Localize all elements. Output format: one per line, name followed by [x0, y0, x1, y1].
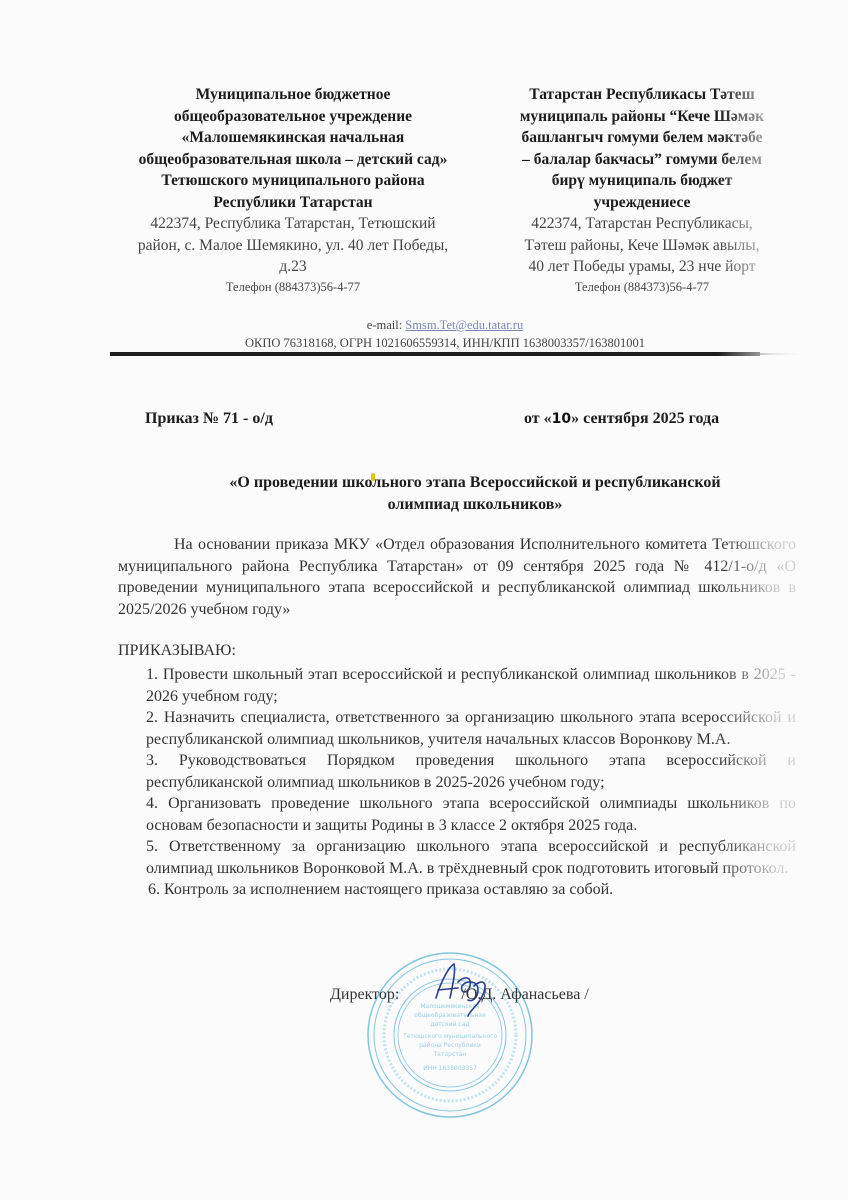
order-date: от «10» сентября 2025 года — [524, 410, 719, 428]
header-divider-tail — [760, 353, 800, 355]
address-line: 40 лет Победы урамы, 23 нче йорт — [482, 256, 802, 278]
highlight-mark — [371, 473, 375, 481]
order-item: 3. Руководствоваться Порядком проведения… — [146, 750, 796, 793]
org-name-line: «Малошемякинская начальная — [108, 127, 478, 149]
svg-text:Татарстан: Татарстан — [433, 1051, 467, 1058]
org-name-line: Республики Татарстан — [108, 192, 478, 214]
header-divider — [110, 352, 760, 356]
org-name-line: Тетюшского муниципального района — [108, 170, 478, 192]
org-name-line: общеобразовательное учреждение — [108, 106, 478, 128]
org-name-line: башлангыч гомуми белем мәктәбе — [482, 127, 802, 149]
address-line: 422374, Татарстан Республикасы, — [482, 213, 802, 235]
org-name-line: бирү муниципаль бюджет — [482, 170, 802, 192]
title-line: «О проведении школьного этапа Всероссийс… — [150, 472, 800, 494]
order-item: 2. Назначить специалиста, ответственного… — [146, 707, 796, 750]
order-item: 5. Ответственному за организацию школьно… — [146, 836, 796, 879]
address-line: д.23 — [108, 256, 478, 278]
signer-name: /О.Д. Афанасьева / — [461, 986, 588, 1003]
address-line: район, с. Малое Шемякино, ул. 40 лет Поб… — [108, 235, 478, 257]
date-day-handwritten: 10 — [552, 411, 571, 427]
phone: Телефон (884373)56-4-77 — [482, 278, 802, 296]
order-item: 1. Провести школьный этап всероссийской … — [146, 664, 796, 707]
title-line: олимпиад школьников» — [150, 494, 800, 516]
svg-text:Тетюшского муниципального: Тетюшского муниципального — [402, 1033, 497, 1040]
signer-role: Директор: — [330, 986, 399, 1003]
order-number: Приказ № 71 - о/д — [145, 410, 273, 428]
phone: Телефон (884373)56-4-77 — [108, 278, 478, 296]
org-name-line: Муниципальное бюджетное — [108, 84, 478, 106]
svg-text:детский сад: детский сад — [430, 1021, 469, 1028]
document-page: Муниципальное бюджетное общеобразователь… — [0, 0, 848, 1200]
decree-word: ПРИКАЗЫВАЮ: — [118, 642, 236, 660]
basis-text: На основании приказа МКУ «Отдел образова… — [118, 536, 796, 618]
address-line: Тәтеш районы, Кече Шәмәк авылы, — [482, 235, 802, 257]
header-right-tatar: Татарстан Республикасы Тәтеш муниципаль … — [482, 84, 802, 296]
order-item: 6. Контроль за исполнением настоящего пр… — [148, 879, 796, 901]
org-name-line: учреждениесе — [482, 192, 802, 214]
org-name-line: муниципаль районы “Кече Шәмәк — [482, 106, 802, 128]
order-items: 1. Провести школьный этап всероссийской … — [146, 664, 796, 901]
svg-text:ИНН 1638003357: ИНН 1638003357 — [423, 1065, 477, 1072]
address-line: 422374, Республика Татарстан, Тетюшский — [108, 213, 478, 235]
svg-text:района Республики: района Республики — [419, 1042, 481, 1049]
email-link[interactable]: Smsm.Tet@edu.tatar.ru — [405, 318, 523, 332]
registry-codes: ОКПО 76318168, ОГРН 1021606559314, ИНН/К… — [100, 334, 790, 352]
org-name-line: общеобразовательная школа – детский сад» — [108, 149, 478, 171]
basis-paragraph: На основании приказа МКУ «Отдел образова… — [118, 534, 796, 620]
date-suffix: » сентября 2025 года — [571, 410, 719, 427]
org-name-line: Татарстан Республикасы Тәтеш — [482, 84, 802, 106]
contact-block: e-mail: Smsm.Tet@edu.tatar.ru ОКПО 76318… — [100, 316, 790, 352]
email-label: e-mail: — [367, 318, 406, 332]
email-row: e-mail: Smsm.Tet@edu.tatar.ru — [100, 316, 790, 334]
signature-line: Директор:/О.Д. Афанасьева / — [330, 986, 589, 1004]
order-item: 4. Организовать проведение школьного эта… — [146, 793, 796, 836]
header-left-russian: Муниципальное бюджетное общеобразователь… — [108, 84, 478, 296]
org-name-line: – балалар бакчасы” гомуми белем — [482, 149, 802, 171]
date-prefix: от « — [524, 410, 552, 427]
order-title: «О проведении школьного этапа Всероссийс… — [150, 472, 800, 516]
